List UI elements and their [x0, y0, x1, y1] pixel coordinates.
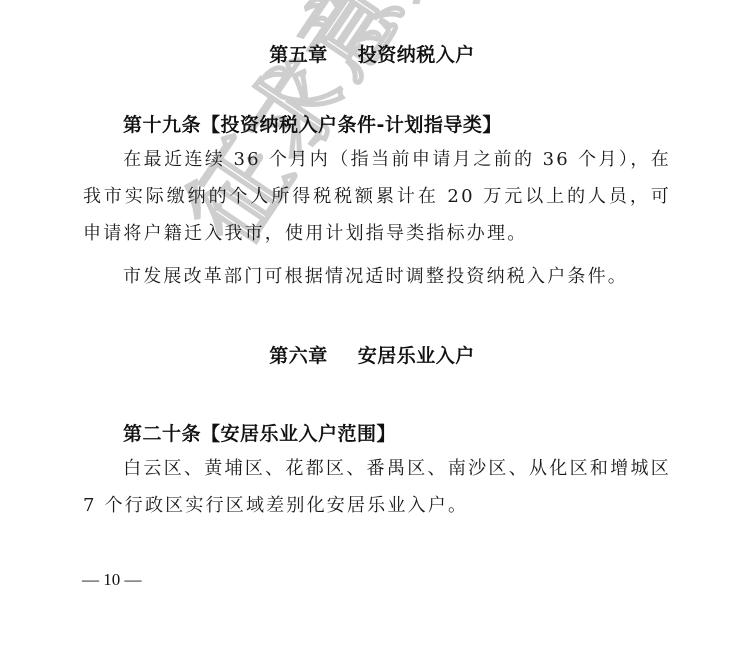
chapter-6-number: 第六章 — [269, 345, 328, 367]
document-page: 征求意见稿 第五章投资纳税入户 第十九条【投资纳税入户条件-计划指导类】 在最近… — [0, 0, 744, 652]
article-19-paragraph-2: 市发展改革部门可根据情况适时调整投资纳税入户条件。 — [83, 258, 671, 295]
chapter-5-title: 投资纳税入户 — [358, 44, 475, 66]
article-19-paragraph-1: 在最近连续 36 个月内（指当前申请月之前的 36 个月），在我市实际缴纳的个人… — [83, 141, 671, 252]
article-19-paragraph-1-text: 在最近连续 36 个月内（指当前申请月之前的 36 个月），在我市实际缴纳的个人… — [83, 149, 671, 244]
article-20-paragraph-1-text: 白云区、黄埔区、花都区、番禺区、南沙区、从化区和增城区 7 个行政区实行区域差别… — [83, 458, 671, 516]
article-20-paragraph-1: 白云区、黄埔区、花都区、番禺区、南沙区、从化区和增城区 7 个行政区实行区域差别… — [83, 450, 671, 524]
article-20-title: 第二十条【安居乐业入户范围】 — [123, 419, 396, 446]
chapter-5-number: 第五章 — [269, 44, 328, 66]
chapter-6-heading: 第六章安居乐业入户 — [0, 341, 744, 368]
article-19-paragraph-2-text: 市发展改革部门可根据情况适时调整投资纳税入户条件。 — [123, 266, 628, 287]
page-number: — 10 — — [82, 570, 142, 590]
chapter-5-heading: 第五章投资纳税入户 — [0, 40, 744, 67]
article-19-title: 第十九条【投资纳税入户条件-计划指导类】 — [123, 110, 502, 137]
chapter-6-title: 安居乐业入户 — [358, 345, 475, 367]
